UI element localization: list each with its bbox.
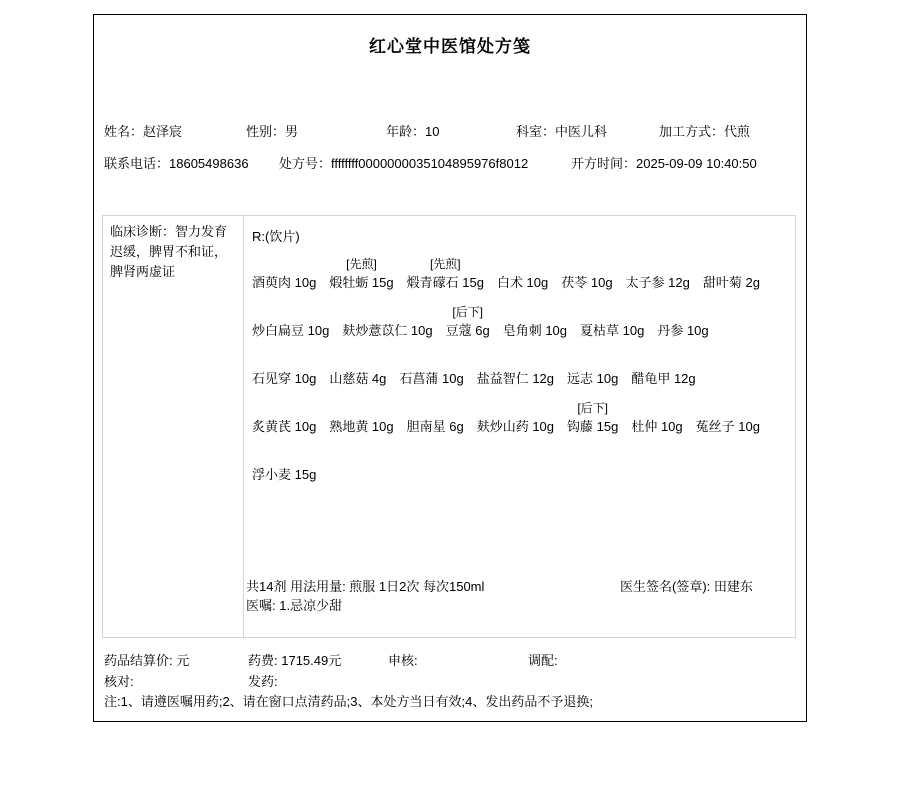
herb-name-dose: 远志 10g [567, 369, 618, 389]
patient-dept-value: 中医儿科 [555, 124, 607, 139]
herb-name-dose: 杜仲 10g [631, 417, 682, 437]
processing-method-label: 加工方式： [659, 124, 724, 139]
herb-item: 熟地黄 10g [329, 400, 393, 437]
decoction-method-tag [282, 448, 285, 465]
review-field: 申核: [388, 650, 418, 669]
herb-item: 浮小麦 15g [252, 448, 316, 485]
herb-name-dose: 浮小麦 15g [252, 465, 316, 485]
decoction-method-tag [656, 256, 659, 273]
herb-item: 白术 10g [497, 256, 548, 293]
fee-value: 1715.49元 [281, 653, 341, 668]
review-label: 申核: [388, 653, 418, 668]
doctor-advice: 医嘱: 1.忌凉少甜 [246, 596, 789, 615]
herb-name-dose: 菟丝子 10g [696, 417, 760, 437]
settle-price-field: 药品结算价: 元 [104, 650, 189, 669]
herb-item: 杜仲 10g [631, 400, 682, 437]
herb-name-dose: 山慈菇 4g [329, 369, 386, 389]
patient-name-field: 姓名：赵泽宸 [104, 121, 182, 140]
decoction-method-tag [533, 304, 536, 321]
decoction-method-tag [289, 304, 292, 321]
settle-price-value: 元 [176, 653, 189, 668]
patient-name-label: 姓名： [104, 124, 143, 139]
decoction-method-tag [514, 352, 517, 369]
herb-row: 酒萸肉 10g[先煎]煅牡蛎 15g[先煎]煅青礞石 15g 白术 10g 茯苓… [252, 256, 789, 293]
herb-name-dose: 煅青礞石 15g [407, 273, 484, 293]
rx-number-label: 处方号： [279, 156, 331, 171]
herb-name-dose: 太子参 12g [626, 273, 690, 293]
patient-gender-value: 男 [285, 124, 298, 139]
herb-rows: 酒萸肉 10g[先煎]煅牡蛎 15g[先煎]煅青礞石 15g 白术 10g 茯苓… [252, 256, 789, 485]
decoction-method-tag [282, 352, 285, 369]
dosage-line: 共14剂 用法用量: 煎服 1日2次 每次150ml 医生签名(签章): 田建东 [246, 577, 789, 596]
phone-label: 联系电话： [104, 156, 169, 171]
herb-name-dose: 钩藤 15g [567, 417, 618, 437]
decoction-method-tag: [先煎] [430, 256, 461, 273]
herb-name-dose: 醋龟甲 12g [631, 369, 695, 389]
herb-name-dose: 酒萸肉 10g [252, 273, 316, 293]
herb-item: 炙黄芪 10g [252, 400, 316, 437]
footer-note: 注:1、请遵医嘱用药;2、请在窗口点清药品;3、本处方当日有效;4、发出药品不予… [104, 691, 593, 710]
herb-item: 远志 10g [567, 352, 618, 389]
rx-header: R:(饮片) [252, 226, 789, 245]
herb-item: 麸炒薏苡仁 10g [342, 304, 432, 341]
herb-item: [先煎]煅牡蛎 15g [329, 256, 393, 293]
decoction-method-tag [611, 304, 614, 321]
decoction-method-tag [655, 400, 658, 417]
patient-name-value: 赵泽宸 [143, 124, 182, 139]
decoction-method-tag [433, 400, 436, 417]
issue-drug-label: 发药: [248, 674, 278, 689]
herb-item: 石见穿 10g [252, 352, 316, 389]
herb-item: 甜叶菊 2g [703, 256, 760, 293]
decoction-method-tag [585, 256, 588, 273]
herb-item: 醋龟甲 12g [631, 352, 695, 389]
herb-name-dose: 胆南星 6g [407, 417, 464, 437]
doctor-signature: 医生签名(签章): 田建东 [620, 577, 753, 596]
prescription-sheet: 红心堂中医馆处方笺 姓名：赵泽宸 性别：男 年龄：10 科室：中医儿科 加工方式… [93, 14, 807, 722]
herb-item: 山慈菇 4g [329, 352, 386, 389]
herb-name-dose: 皂角刺 10g [503, 321, 567, 341]
dispense-field: 调配: [528, 650, 558, 669]
herb-name-dose: 豆蔻 6g [446, 321, 490, 341]
herb-name-dose: 石菖蒲 10g [399, 369, 463, 389]
herb-name-dose: 茯苓 10g [561, 273, 612, 293]
issue-time-value: 2025-09-09 10:40:50 [636, 156, 757, 171]
herb-item: [后下]钩藤 15g [567, 400, 618, 437]
herb-name-dose: 麸炒薏苡仁 10g [342, 321, 432, 341]
settle-price-label: 药品结算价: [104, 653, 176, 668]
fee-field: 药费: 1715.49元 [248, 650, 341, 669]
patient-dept-label: 科室： [516, 124, 555, 139]
herb-row: 浮小麦 15g [252, 448, 789, 485]
decoction-method-tag [282, 256, 285, 273]
patient-gender-field: 性别：男 [246, 121, 298, 140]
prescription-body: R:(饮片) 酒萸肉 10g[先煎]煅牡蛎 15g[先煎]煅青礞石 15g 白术… [244, 216, 795, 637]
herb-item: 酒萸肉 10g [252, 256, 316, 293]
herb-name-dose: 夏枯草 10g [580, 321, 644, 341]
herb-item: 麸炒山药 10g [477, 400, 554, 437]
patient-gender-label: 性别： [246, 124, 285, 139]
rx-number-field: 处方号：ffffffff0000000035104895976f8012 [279, 153, 528, 172]
decoction-method-tag [386, 304, 389, 321]
herb-item: 丹参 10g [657, 304, 708, 341]
herb-item: 炒白扁豆 10g [252, 304, 329, 341]
herb-name-dose: 甜叶菊 2g [703, 273, 760, 293]
herb-row: 炙黄芪 10g 熟地黄 10g 胆南星 6g 麸炒山药 10g[后下]钩藤 15… [252, 400, 789, 437]
herb-name-dose: 麸炒山药 10g [477, 417, 554, 437]
herb-item: 茯苓 10g [561, 256, 612, 293]
decoction-method-tag [282, 400, 285, 417]
herb-item: 菟丝子 10g [696, 400, 760, 437]
patient-dept-field: 科室：中医儿科 [516, 121, 607, 140]
herb-item: 石菖蒲 10g [399, 352, 463, 389]
patient-age-value: 10 [425, 124, 439, 139]
herb-item: 太子参 12g [626, 256, 690, 293]
herb-name-dose: 炙黄芪 10g [252, 417, 316, 437]
processing-method-field: 加工方式：代煎 [659, 121, 750, 140]
herb-name-dose: 白术 10g [497, 273, 548, 293]
herb-name-dose: 盐益智仁 12g [477, 369, 554, 389]
decoction-method-tag [591, 352, 594, 369]
decoction-method-tag [662, 352, 665, 369]
herb-item: [后下]豆蔻 6g [446, 304, 490, 341]
phone-value: 18605498636 [169, 156, 249, 171]
herb-row: 石见穿 10g 山慈菇 4g 石菖蒲 10g 盐益智仁 12g 远志 10g 醋… [252, 352, 789, 389]
herb-item: 胆南星 6g [407, 400, 464, 437]
dosage-summary: 共14剂 用法用量: 煎服 1日2次 每次150ml [246, 579, 484, 594]
page-title: 红心堂中医馆处方笺 [94, 32, 806, 57]
herb-item: 皂角刺 10g [503, 304, 567, 341]
herb-name-dose: 煅牡蛎 15g [329, 273, 393, 293]
dispense-label: 调配: [528, 653, 558, 668]
herb-item: [先煎]煅青礞石 15g [407, 256, 484, 293]
herb-name-dose: 丹参 10g [657, 321, 708, 341]
herb-name-dose: 熟地黄 10g [329, 417, 393, 437]
patient-age-label: 年龄： [386, 124, 425, 139]
rx-summary: 共14剂 用法用量: 煎服 1日2次 每次150ml 医生签名(签章): 田建东… [246, 577, 789, 615]
issue-time-field: 开方时间：2025-09-09 10:40:50 [571, 153, 757, 172]
decoction-method-tag: [后下] [452, 304, 483, 321]
check-label: 核对: [104, 674, 134, 689]
decoction-method-tag [726, 400, 729, 417]
herb-row: 炒白扁豆 10g 麸炒薏苡仁 10g[后下]豆蔻 6g 皂角刺 10g 夏枯草 … [252, 304, 789, 341]
decoction-method-tag [430, 352, 433, 369]
decoction-method-tag [514, 400, 517, 417]
decoction-method-tag: [后下] [577, 400, 608, 417]
decoction-method-tag [681, 304, 684, 321]
herb-item: 盐益智仁 12g [477, 352, 554, 389]
herb-item: 夏枯草 10g [580, 304, 644, 341]
check-field: 核对: [104, 671, 134, 690]
issue-time-label: 开方时间： [571, 156, 636, 171]
decoction-method-tag [521, 256, 524, 273]
decoction-method-tag: [先煎] [346, 256, 377, 273]
prescription-table: 临床诊断：智力发育迟缓，脾胃不和证，脾肾两虚证 R:(饮片) 酒萸肉 10g[先… [102, 215, 796, 638]
decoction-method-tag [360, 400, 363, 417]
issue-drug-field: 发药: [248, 671, 278, 690]
rx-number-value: ffffffff0000000035104895976f8012 [331, 156, 528, 171]
processing-method-value: 代煎 [724, 124, 750, 139]
herb-name-dose: 石见穿 10g [252, 369, 316, 389]
decoction-method-tag [356, 352, 359, 369]
phone-field: 联系电话：18605498636 [104, 153, 249, 172]
fee-label: 药费: [248, 653, 281, 668]
patient-age-field: 年龄：10 [386, 121, 439, 140]
clinical-diagnosis: 临床诊断：智力发育迟缓，脾胃不和证，脾肾两虚证 [103, 216, 244, 637]
decoction-method-tag [730, 256, 733, 273]
herb-name-dose: 炒白扁豆 10g [252, 321, 329, 341]
